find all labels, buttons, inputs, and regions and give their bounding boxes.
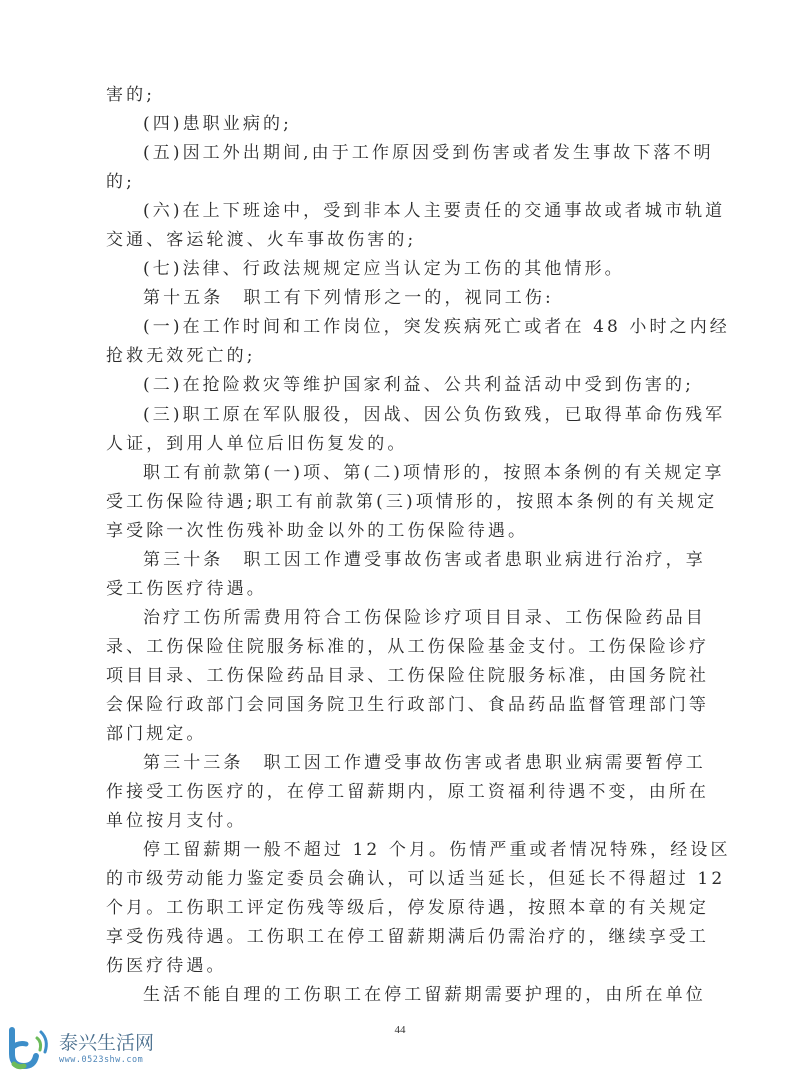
text-line: 第十五条 职工有下列情形之一的，视同工伤: <box>106 284 698 313</box>
text-line: 停工留薪期一般不超过 12 个月。伤情严重或者情况特殊，经设区 <box>106 836 698 865</box>
text-line: (五)因工外出期间,由于工作原因受到伤害或者发生事故下落不明 <box>106 139 698 168</box>
text-line: (四)患职业病的; <box>106 110 698 139</box>
text-line: 治疗工伤所需费用符合工伤保险诊疗项目目录、工伤保险药品目 <box>106 604 698 633</box>
document-body: 害的;(四)患职业病的;(五)因工外出期间,由于工作原因受到伤害或者发生事故下落… <box>106 81 698 1011</box>
text-line: 录、工伤保险住院服务标准的，从工伤保险基金支付。工伤保险诊疗 <box>106 633 698 662</box>
site-watermark: 泰兴生活网 www.0523shw.com <box>4 1024 164 1074</box>
text-line: 部门规定。 <box>106 720 698 749</box>
text-line: 作接受工伤医疗的，在停工留薪期内，原工资福利待遇不变，由所在 <box>106 778 698 807</box>
text-line: 生活不能自理的工伤职工在停工留薪期需要护理的，由所在单位 <box>106 981 698 1010</box>
text-line: (六)在上下班途中，受到非本人主要责任的交通事故或者城市轨道 <box>106 197 698 226</box>
text-line: 职工有前款第(一)项、第(二)项情形的，按照本条例的有关规定享 <box>106 459 698 488</box>
text-line: 伤医疗待遇。 <box>106 952 698 981</box>
text-line: 享受除一次性伤残补助金以外的工伤保险待遇。 <box>106 517 698 546</box>
text-line: (一)在工作时间和工作岗位，突发疾病死亡或者在 48 小时之内经 <box>106 313 698 342</box>
text-line: (七)法律、行政法规规定应当认定为工伤的其他情形。 <box>106 255 698 284</box>
text-line: 害的; <box>106 81 698 110</box>
text-line: 交通、客运轮渡、火车事故伤害的; <box>106 226 698 255</box>
text-line: 的; <box>106 168 698 197</box>
text-line: 受工伤保险待遇;职工有前款第(三)项情形的，按照本条例的有关规定 <box>106 488 698 517</box>
text-line: (二)在抢险救灾等维护国家利益、公共利益活动中受到伤害的; <box>106 371 698 400</box>
signal-b-logo-icon <box>4 1024 56 1070</box>
text-line: 会保险行政部门会同国务院卫生行政部门、食品药品监督管理部门等 <box>106 691 698 720</box>
text-line: 单位按月支付。 <box>106 807 698 836</box>
text-line: 享受伤残待遇。工伤职工在停工留薪期满后仍需治疗的，继续享受工 <box>106 923 698 952</box>
text-line: 抢救无效死亡的; <box>106 342 698 371</box>
watermark-site-name: 泰兴生活网 <box>59 1028 154 1055</box>
text-line: 人证，到用人单位后旧伤复发的。 <box>106 430 698 459</box>
text-line: (三)职工原在军队服役，因战、因公负伤致残，已取得革命伤残军 <box>106 401 698 430</box>
text-line: 的市级劳动能力鉴定委员会确认，可以适当延长，但延长不得超过 12 <box>106 865 698 894</box>
text-line: 个月。工伤职工评定伤残等级后，停发原待遇，按照本章的有关规定 <box>106 894 698 923</box>
document-page: 害的;(四)患职业病的;(五)因工外出期间,由于工作原因受到伤害或者发生事故下落… <box>0 0 800 1077</box>
text-line: 第三十条 职工因工作遭受事故伤害或者患职业病进行治疗，享 <box>106 546 698 575</box>
text-line: 第三十三条 职工因工作遭受事故伤害或者患职业病需要暂停工 <box>106 749 698 778</box>
text-line: 项目目录、工伤保险药品目录、工伤保险住院服务标准，由国务院社 <box>106 662 698 691</box>
watermark-url: www.0523shw.com <box>59 1055 143 1065</box>
text-line: 受工伤医疗待遇。 <box>106 575 698 604</box>
